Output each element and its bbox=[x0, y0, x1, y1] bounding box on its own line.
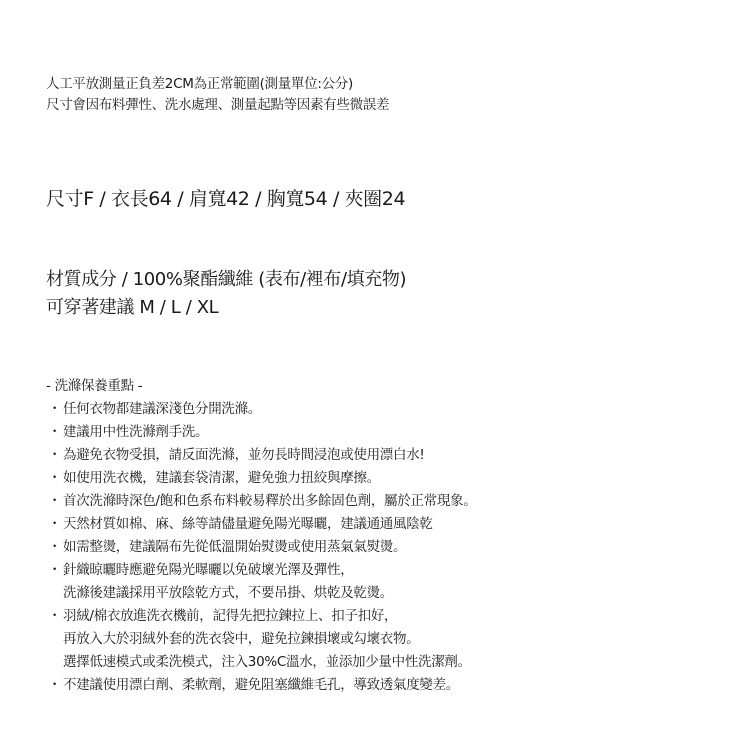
care-item-text: 羽絨/棉衣放進洗衣機前，記得先把拉鍊拉上、扣子扣好， bbox=[63, 605, 471, 628]
care-item: ・ 任何衣物都建議深淺色分開洗滌。 bbox=[46, 398, 476, 421]
bullet-icon: ・ bbox=[46, 490, 63, 513]
bullet-icon: ・ bbox=[46, 398, 63, 421]
care-item-text: 天然材質如棉、麻、絲等請儘量避免陽光曝曬，建議通通風陰乾 bbox=[63, 513, 433, 536]
care-item-text: 為避免衣物受損，請反面洗滌，並勿長時間浸泡或使用漂白水! bbox=[63, 444, 425, 467]
measurement-note: 人工平放測量正負差2CM為正常範圍(測量單位:公分) 尺寸會因布料彈性、洗水處理… bbox=[46, 74, 389, 116]
care-item: ・ 如需整燙，建議隔布先從低溫開始熨燙或使用蒸氣氣熨燙。 bbox=[46, 536, 476, 559]
care-item-text: 首次洗滌時深色/飽和色系布料較易釋於出多餘固色劑，屬於正常現象。 bbox=[63, 490, 476, 513]
measurement-note-line: 人工平放測量正負差2CM為正常範圍(測量單位:公分) bbox=[46, 74, 389, 95]
care-item-text: 再放入大於羽絨外套的洗衣袋中，避免拉鍊損壞或勾壞衣物。 bbox=[63, 628, 471, 651]
care-item-text: 如使用洗衣機，建議套袋清潔，避免強力扭絞與摩擦。 bbox=[63, 467, 380, 490]
bullet-icon: ・ bbox=[46, 536, 63, 559]
bullet-icon: ・ bbox=[46, 674, 63, 697]
care-item: ・ 針織晾曬時應避免陽光曝曬以免破壞光澤及彈性， 洗滌後建議採用平放陰乾方式，不… bbox=[46, 559, 476, 605]
care-item: ・ 天然材質如棉、麻、絲等請儘量避免陽光曝曬，建議通通風陰乾 bbox=[46, 513, 476, 536]
care-item-text: 針織晾曬時應避免陽光曝曬以免破壞光澤及彈性， bbox=[63, 559, 393, 582]
size-spec: 尺寸F / 衣長64 / 肩寬42 / 胸寬54 / 夾圈24 bbox=[46, 185, 405, 213]
care-item-text: 如需整燙，建議隔布先從低溫開始熨燙或使用蒸氣氣熨燙。 bbox=[63, 536, 406, 559]
measurement-note-line: 尺寸會因布料彈性、洗水處理、測量起點等因素有些微誤差 bbox=[46, 95, 389, 116]
bullet-icon: ・ bbox=[46, 467, 63, 490]
bullet-icon: ・ bbox=[46, 421, 63, 444]
material-composition: 材質成分 / 100%聚酯纖維 (表布/裡布/填充物) bbox=[46, 266, 406, 294]
material-info: 材質成分 / 100%聚酯纖維 (表布/裡布/填充物) 可穿著建議 M / L … bbox=[46, 266, 406, 322]
recommended-fit: 可穿著建議 M / L / XL bbox=[46, 294, 406, 322]
care-item: ・ 首次洗滌時深色/飽和色系布料較易釋於出多餘固色劑，屬於正常現象。 bbox=[46, 490, 476, 513]
care-title: - 洗滌保養重點 - bbox=[46, 375, 476, 398]
bullet-icon: ・ bbox=[46, 444, 63, 467]
care-item: ・ 羽絨/棉衣放進洗衣機前，記得先把拉鍊拉上、扣子扣好， 再放入大於羽絨外套的洗… bbox=[46, 605, 476, 674]
care-item-text: 選擇低速模式或柔洗模式，注入30%C溫水，並添加少量中性洗潔劑。 bbox=[63, 651, 471, 674]
care-item: ・ 為避免衣物受損，請反面洗滌，並勿長時間浸泡或使用漂白水! bbox=[46, 444, 476, 467]
bullet-icon: ・ bbox=[46, 513, 63, 536]
care-instructions: - 洗滌保養重點 - ・ 任何衣物都建議深淺色分開洗滌。 ・ 建議用中性洗滌劑手… bbox=[46, 375, 476, 697]
care-item-text: 洗滌後建議採用平放陰乾方式，不要吊掛、烘乾及乾燙。 bbox=[63, 582, 393, 605]
care-item: ・ 如使用洗衣機，建議套袋清潔，避免強力扭絞與摩擦。 bbox=[46, 467, 476, 490]
care-item-text: 不建議使用漂白劑、柔軟劑，避免阻塞纖維毛孔，導致透氣度變差。 bbox=[63, 674, 459, 697]
bullet-icon: ・ bbox=[46, 605, 63, 674]
care-item-text: 建議用中性洗滌劑手洗。 bbox=[63, 421, 208, 444]
bullet-icon: ・ bbox=[46, 559, 63, 605]
care-item-text: 任何衣物都建議深淺色分開洗滌。 bbox=[63, 398, 261, 421]
care-item: ・ 不建議使用漂白劑、柔軟劑，避免阻塞纖維毛孔，導致透氣度變差。 bbox=[46, 674, 476, 697]
care-item: ・ 建議用中性洗滌劑手洗。 bbox=[46, 421, 476, 444]
